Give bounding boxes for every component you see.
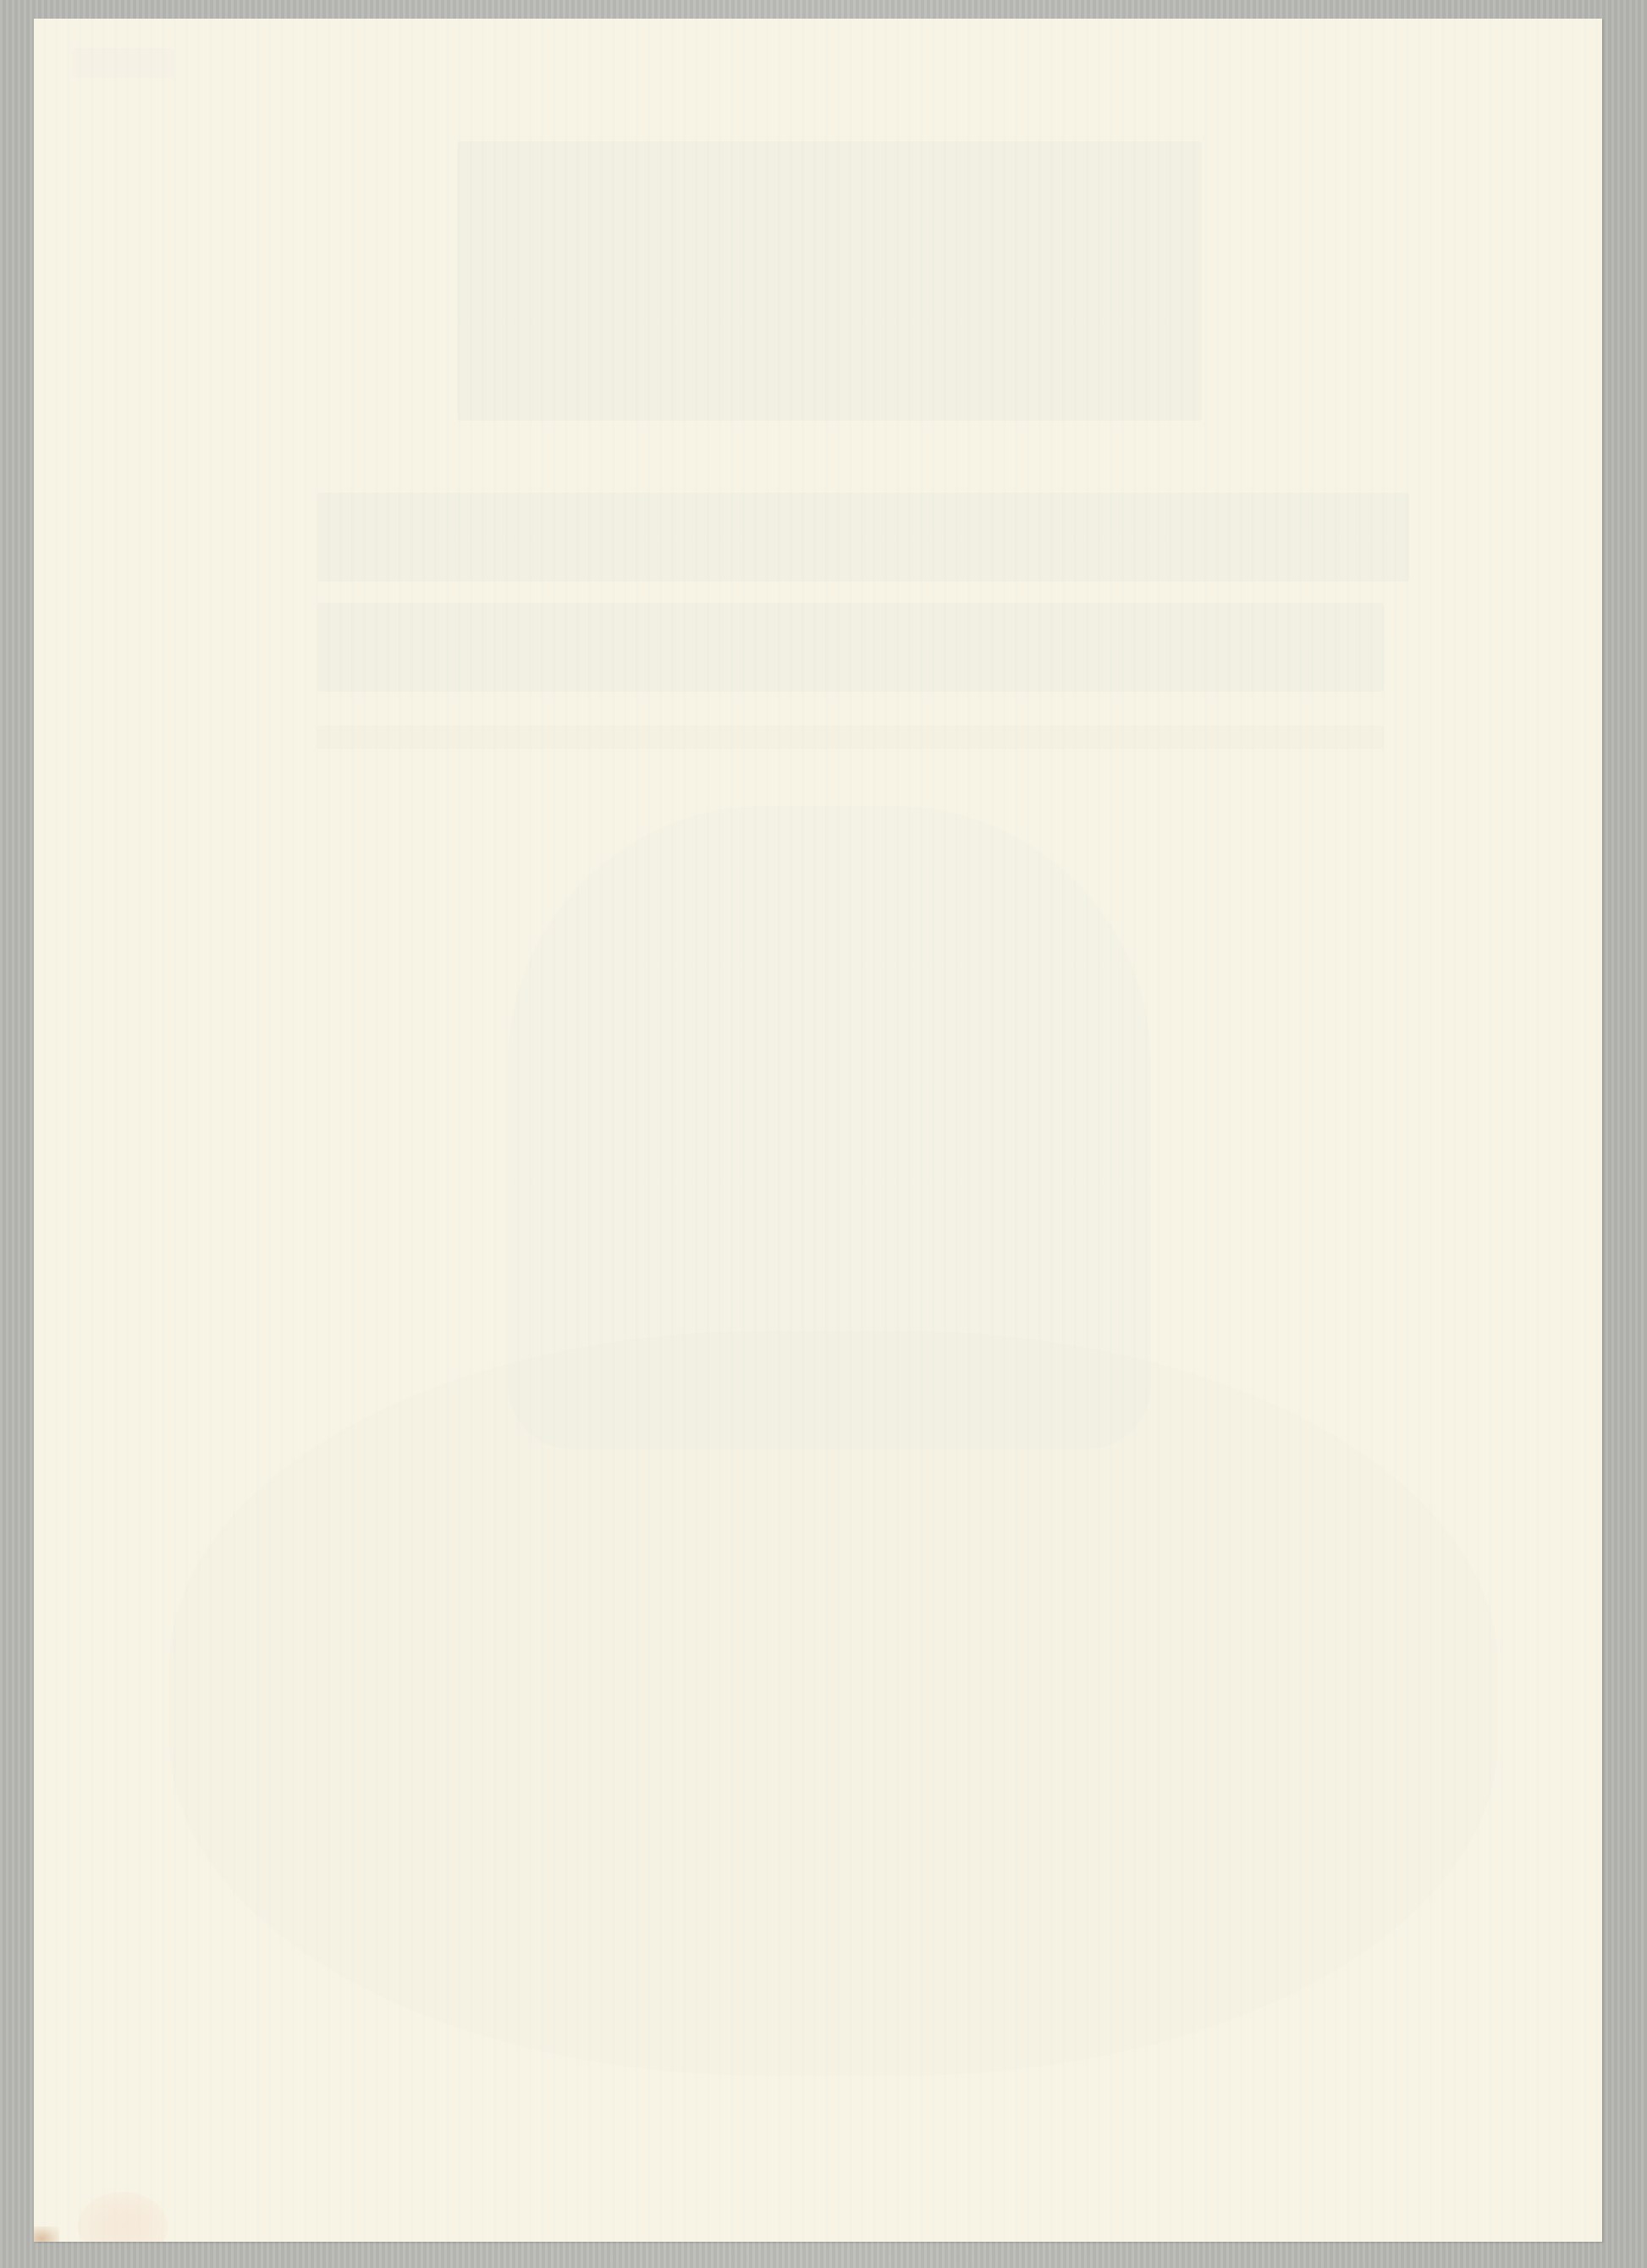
show-through-title-block [457, 141, 1202, 421]
show-through-text-line [317, 493, 1409, 582]
corner-wear [34, 2227, 59, 2242]
show-through-small-text-line [317, 726, 1384, 749]
paper-sheet [34, 19, 1602, 2242]
show-through-figure-lower [169, 1331, 1498, 2076]
show-through-header-mark [72, 48, 174, 78]
show-through-text-line [317, 603, 1384, 692]
